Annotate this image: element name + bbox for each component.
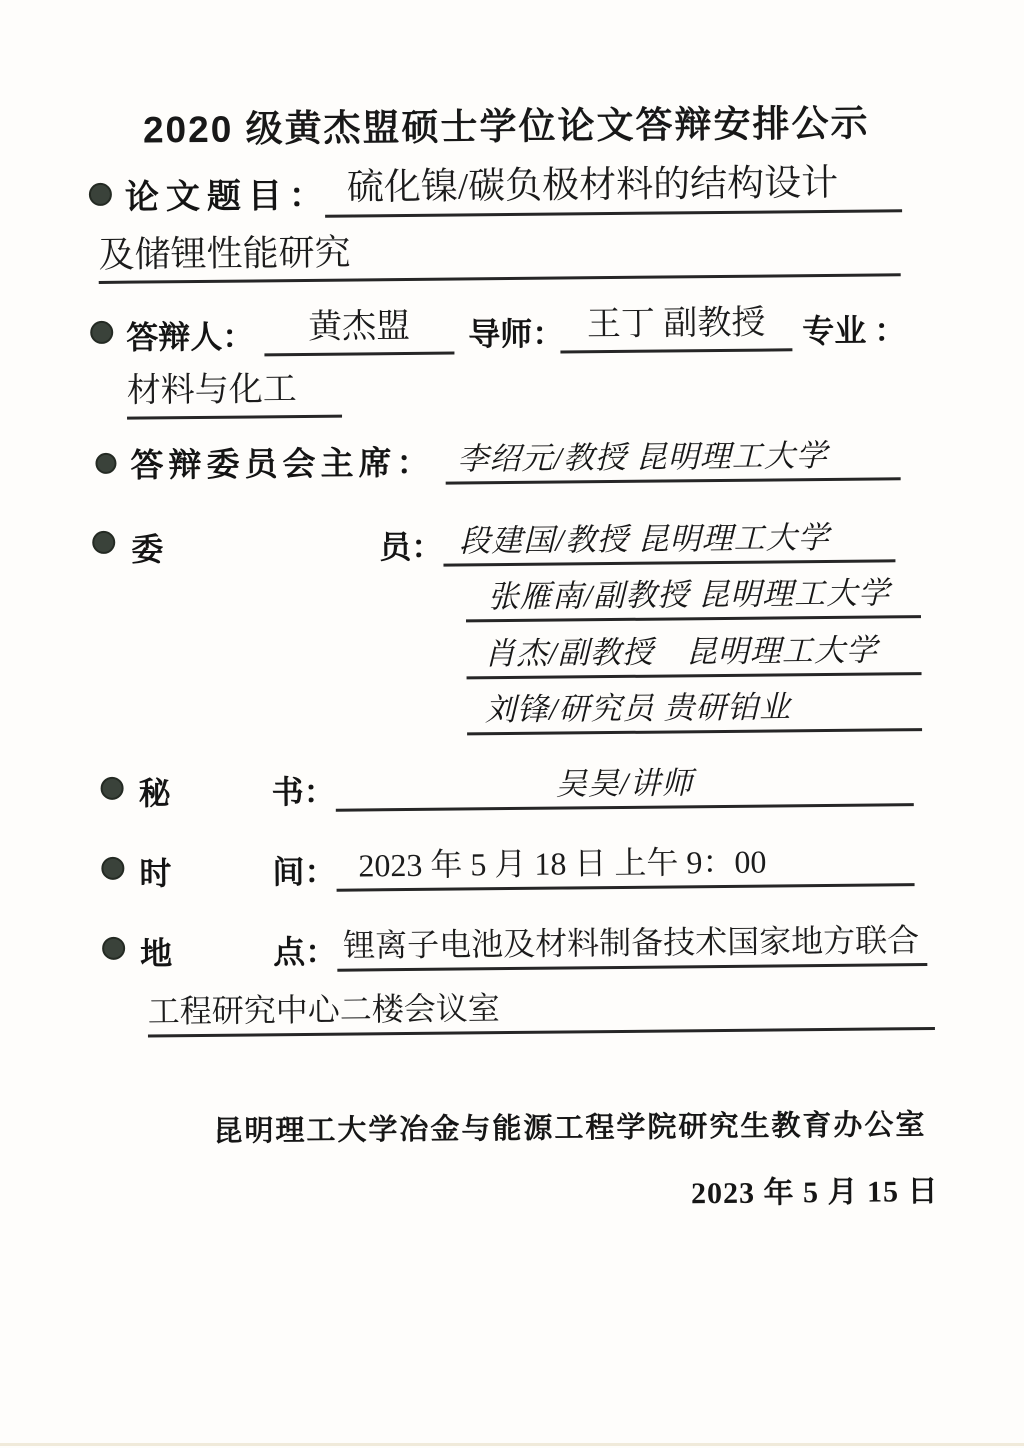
committee-member-row: 肖杰/副教授 昆明理工大学 — [466, 623, 921, 679]
bullet-icon — [95, 453, 116, 474]
secretary-label: 秘 书： — [138, 772, 335, 814]
committee-label-left: 委 — [131, 529, 163, 569]
field-location-cont: 工程研究中心二楼会议室 — [147, 974, 935, 1038]
defender-value: 黄杰盟 — [264, 307, 454, 357]
committee-label: 委 员： — [131, 527, 443, 570]
time-label-left: 时 — [139, 853, 171, 893]
major-label: 专业 ： — [802, 310, 906, 351]
scan-artifact-line — [0, 1443, 1024, 1446]
location-label-left: 地 — [140, 933, 172, 973]
committee-member-row: 刘锋/研究员 贵研铂业 — [467, 679, 922, 735]
field-location: 地 点： 锂离子电池及材料制备技术国家地方联合 — [102, 910, 927, 974]
supervisor-value: 王丁 副教授 — [560, 303, 792, 353]
field-time: 时 间： 2023 年 5 月 18 日 上午 9：00 — [101, 830, 915, 894]
committee-member-row: 张雁南/副教授 昆明理工大学 — [466, 566, 921, 622]
secretary-label-right: 书： — [271, 772, 335, 813]
thesis-title-label: 论文题目： — [125, 175, 325, 219]
location-label-right: 点： — [273, 932, 337, 973]
bullet-icon — [102, 937, 125, 960]
scanned-document-page: 2020 级黄杰盟硕士学位论文答辩安排公示 论文题目： 硫化镍/碳负极材料的结构… — [0, 0, 1024, 1448]
field-thesis-title-cont: 及储锂性能研究 — [98, 218, 901, 284]
chair-label: 答辩委员会主席： — [130, 443, 445, 487]
bullet-icon — [92, 531, 115, 554]
issuing-office: 昆明理工大学冶金与能源工程学院研究生教育办公室 — [202, 1102, 938, 1150]
defender-label: 答辩人： — [126, 316, 264, 357]
major-value: 材料与化工 — [127, 370, 342, 420]
field-thesis-title: 论文题目： 硫化镍/碳负极材料的结构设计 — [89, 154, 903, 220]
location-value-line1: 锂离子电池及材料制备技术国家地方联合 — [337, 921, 927, 972]
page-title: 2020 级黄杰盟硕士学位论文答辩安排公示 — [0, 91, 1018, 155]
field-committee: 委 员： 段建国/教授 昆明理工大学 — [92, 502, 896, 570]
issue-date: 2023 年 5 月 15 日 — [604, 1166, 938, 1213]
thesis-title-value-line1: 硫化镍/碳负极材料的结构设计 — [325, 161, 902, 218]
thesis-title-value-line2: 及储锂性能研究 — [98, 226, 900, 284]
supervisor-label: 导师： — [468, 314, 560, 355]
secretary-value: 吴昊/讲师 — [335, 762, 913, 812]
committee-member: 刘锋/研究员 贵研铂业 — [467, 687, 922, 736]
committee-label-right: 员： — [379, 527, 443, 568]
secretary-label-left: 秘 — [138, 773, 170, 813]
time-label-right: 间： — [272, 852, 336, 893]
committee-member: 张雁南/副教授 昆明理工大学 — [466, 574, 921, 623]
field-chair: 答辩委员会主席： 李绍元/教授 昆明理工大学 — [95, 424, 901, 488]
bullet-icon — [101, 857, 124, 880]
committee-member: 肖杰/副教授 昆明理工大学 — [466, 631, 921, 680]
chair-value: 李绍元/教授 昆明理工大学 — [445, 436, 900, 485]
committee-member: 段建国/教授 昆明理工大学 — [443, 518, 895, 567]
location-label: 地 点： — [140, 932, 337, 974]
bullet-icon — [90, 321, 113, 344]
field-major-value: 材料与化工 — [127, 362, 343, 420]
bullet-icon — [100, 777, 123, 800]
field-secretary: 秘 书： 吴昊/讲师 — [100, 750, 914, 814]
bullet-icon — [89, 183, 112, 206]
time-value: 2023 年 5 月 18 日 上午 9：00 — [336, 841, 914, 892]
time-label: 时 间： — [139, 852, 336, 894]
field-defender-supervisor: 答辩人： 黄杰盟 导师： 王丁 副教授 专业 ： — [90, 292, 907, 358]
location-value-line2: 工程研究中心二楼会议室 — [148, 985, 935, 1038]
